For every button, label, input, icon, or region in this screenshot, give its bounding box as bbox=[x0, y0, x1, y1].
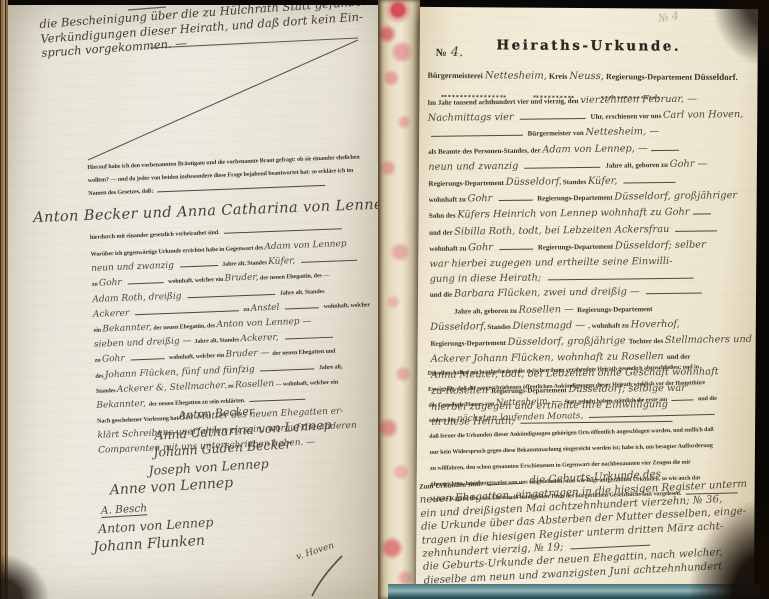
printed-text: der neuen Ehegatten und bbox=[272, 349, 335, 357]
text-line: Erwägung, daß die vorgeschriebenen öffen… bbox=[428, 373, 752, 397]
handwritten-text: Gohr bbox=[99, 278, 125, 289]
printed-text: Standes bbox=[96, 388, 117, 395]
handwritten-text: Neuss, bbox=[569, 71, 604, 82]
printed-text: und der bbox=[667, 353, 691, 361]
handwritten-text: Küfer, bbox=[268, 256, 298, 267]
text-line: in diese Heirath; bbox=[431, 410, 757, 429]
book-corner-shadow-top-right bbox=[709, 0, 769, 70]
handwritten-text: Ackerer, bbox=[240, 333, 281, 345]
printed-text: daß ferner die Urkunden dieser Ankündigu… bbox=[429, 427, 714, 440]
printed-text: Regierungs-Departement bbox=[604, 72, 694, 82]
text-line: A. Besch bbox=[100, 484, 375, 520]
text-line: überreichten, beziehungsweise von uns ei… bbox=[430, 468, 754, 492]
printed-text: Jahre alt, Standes bbox=[194, 337, 240, 345]
handwritten-text: Anton Becker und Anna Catharina von Lenn… bbox=[33, 196, 383, 226]
handwritten-text: Ackerer bbox=[93, 308, 132, 319]
fill-in-rule bbox=[128, 279, 164, 285]
printed-text: zu bbox=[95, 358, 103, 364]
printed-text: Bürgermeister von bbox=[526, 129, 586, 138]
fill-in-rule bbox=[224, 224, 342, 234]
handwritten-text: Düsseldorf; selber bbox=[615, 239, 706, 251]
printed-text: Jahre alt, Standes bbox=[278, 289, 324, 297]
handwritten-text: Nachmittags vier bbox=[428, 112, 517, 124]
handwritten-text: Carl von Hoven, bbox=[663, 109, 743, 121]
handwritten-text: Bekannter, bbox=[102, 323, 152, 335]
handwritten-text: Anton von Lennep bbox=[98, 514, 214, 536]
handwritten-text: die Geburts-Urkunde der neuen Ehegattin,… bbox=[423, 547, 723, 574]
handwritten-text: Düsseldorf bbox=[430, 321, 484, 333]
handwritten-text: in diese Heirath; bbox=[431, 416, 517, 428]
fill-in-rule bbox=[285, 303, 319, 309]
fill-in-rule bbox=[686, 489, 738, 495]
handwritten-text: Düsseldorf bbox=[506, 176, 560, 188]
printed-text: wohnhaft zu bbox=[429, 196, 468, 204]
text-line: Bürgermeisterei Nettesheim, Kreis Neuss,… bbox=[427, 65, 751, 85]
printed-text: Namen des Gesetzes, daß; bbox=[88, 188, 155, 197]
corner-page-mark: № 4 bbox=[657, 9, 680, 25]
text-line: Anne von Lennep bbox=[109, 465, 374, 500]
printed-text: Tochter des bbox=[629, 337, 665, 345]
printed-text: Erwägung, daß die vorgeschriebenen öffen… bbox=[428, 380, 705, 393]
handwritten-text: Ackerer Johann Flücken, wohnhaft zu Rose… bbox=[431, 351, 667, 365]
handwritten-text: Düsseldorf, großjährige bbox=[508, 335, 629, 347]
handwritten-text: spruch vorgekommen. — bbox=[41, 36, 187, 60]
text-line: wohnhaft zu Gohr Regierungs-Departement … bbox=[429, 187, 755, 207]
text-line: Worüber ich gegenwärtige Urkunde erricht… bbox=[90, 235, 383, 262]
handwritten-text: Gohr bbox=[468, 242, 496, 253]
printed-text: Statt gehabt haben, nämlich die erste am bbox=[565, 397, 669, 406]
handwritten-text: Johann Guden Becker bbox=[153, 436, 292, 459]
handwritten-text: Sibilla Roth, todt, bei Lebzeiten Ackers… bbox=[454, 224, 672, 238]
printed-text: wohnhaft, welcher ein bbox=[167, 277, 225, 285]
text-line: und der Sibilla Roth, todt, bei Lebzeite… bbox=[429, 220, 755, 240]
fill-in-rule bbox=[187, 289, 275, 297]
officiant-signature: v. Hoven bbox=[295, 541, 335, 563]
handwritten-text: vierzehnten Februar, — bbox=[580, 94, 697, 106]
printed-text: der neuen Ehegattin, des bbox=[152, 323, 217, 331]
fill-in-rule bbox=[570, 541, 650, 550]
text-line: zu Rosellen Regierungs-Departement Düsse… bbox=[431, 379, 757, 399]
printed-text: Uhr, erschienen vor uns bbox=[589, 112, 663, 121]
text-line: Zum Urkunden sind: die Geburts-Urkunde d… bbox=[419, 462, 755, 493]
handwritten-text: zehnhundert vierzig, № 19; bbox=[422, 541, 567, 560]
text-line: Nach geschehener Vorlesung hat die Mutte… bbox=[97, 402, 383, 429]
handwritten-text: Bekannter, bbox=[96, 399, 149, 411]
text-line: und die Barbara Flücken, zwei und dreißi… bbox=[430, 282, 756, 302]
text-line: als Beamte des Personen-Standes, der Ada… bbox=[428, 139, 754, 159]
text-line: Regierungs-Departement Düsseldorf, großj… bbox=[430, 331, 756, 351]
printed-text: als Beamte des Personen-Standes, der bbox=[428, 146, 542, 155]
handwritten-text: Nettesheim, bbox=[485, 70, 547, 81]
handwritten-text: Ackerer &, Stellmacher bbox=[117, 381, 225, 395]
handwritten-text: dieselbe am neun und zwanzigsten Juni ac… bbox=[423, 560, 722, 587]
book-corner-shadow-bottom-left bbox=[0, 553, 50, 599]
text-line: Nachmittags vier Uhr, erschienen vor uns… bbox=[428, 106, 754, 126]
handwritten-text: zu Rosellen bbox=[431, 385, 491, 397]
text-line: daß ferner die Urkunden dieser Ankündigu… bbox=[429, 420, 753, 444]
printed-text: des Gemeinde-Hauses von bbox=[428, 401, 495, 409]
text-line: Im Jahr tausend achthundert vier und vie… bbox=[427, 90, 753, 110]
handwritten-text: war hierbei zugegen und ertheilte seine … bbox=[429, 256, 672, 270]
legal-notice-paragraph: Dieselben haben mich aufgefordert die zw… bbox=[428, 357, 755, 507]
fill-in-rule bbox=[547, 274, 693, 281]
text-line bbox=[427, 84, 751, 104]
printed-text: Dieselben haben mich aufgefordert die zw… bbox=[428, 364, 699, 377]
handwritten-text: A. Besch bbox=[101, 502, 148, 518]
fill-in-rule bbox=[431, 131, 523, 137]
fill-in-rule bbox=[692, 210, 710, 215]
handwritten-text: Hoverhof, bbox=[631, 319, 680, 331]
handwritten-text: Rosellen — bbox=[518, 304, 577, 316]
handwritten-text: die Geburts-Urkunde des bbox=[526, 468, 661, 487]
text-line: neun und zwanzig Jahre alt, Standes Küfe… bbox=[91, 250, 383, 277]
fill-in-rule bbox=[525, 163, 601, 169]
printed-text: Jahre alt, geboren zu bbox=[454, 306, 519, 315]
printed-text: Regierungs-Departement bbox=[428, 179, 505, 188]
left-page-top-paragraph: die Bescheinigung über die zu Hülchrath … bbox=[39, 5, 383, 60]
printed-text: Jahre alt, geboren zu bbox=[603, 161, 669, 170]
text-line: Johann Flunken bbox=[93, 521, 378, 557]
text-line: Comparenten mit uns unterschrieben haben… bbox=[98, 431, 383, 457]
text-line: zu Gohr wohnhaft, welcher ein Bruder, de… bbox=[91, 265, 383, 292]
handwritten-text: die Mutter des neuen Ehegatten er- bbox=[180, 407, 344, 423]
printed-text: und der bbox=[429, 228, 454, 236]
printed-text-bold: Düsseldorf. bbox=[694, 72, 738, 82]
handwritten-text: Anne von Lennep bbox=[109, 475, 233, 499]
handwritten-text: Stellmachers und bbox=[665, 334, 752, 346]
handwritten-text: neun und zwanzig bbox=[91, 261, 177, 274]
text-line: hierdurch mit einander gesetzlich verhei… bbox=[90, 218, 383, 244]
text-line: ein Bekannter, der neuen Ehegattin, des … bbox=[93, 311, 383, 338]
handwritten-text: Gohr bbox=[468, 193, 496, 204]
fill-in-rule bbox=[487, 479, 523, 486]
printed-text: Regierungs-Departement bbox=[491, 386, 568, 395]
text-line: hierbei zugegen und ertheilte ihre Einwi… bbox=[431, 395, 757, 414]
text-line: wohnhaft zu Gohr Regierungs-Departement … bbox=[429, 236, 755, 256]
fill-in-rule bbox=[672, 395, 694, 401]
text-line: Anton von Lennep bbox=[98, 503, 377, 537]
handwritten-text: klärt Schreibens unerfahren zu sein, wor… bbox=[97, 421, 357, 441]
signature-block: Anton BeckerAnna Catharina von LennepJoh… bbox=[33, 394, 377, 559]
fill-in-rule bbox=[301, 256, 357, 263]
printed-text: der neuen Ehegatten zu sein erklärten. bbox=[149, 398, 247, 408]
fill-in-rule bbox=[260, 364, 314, 371]
handwritten-text: Comparenten mit uns unterschrieben haben… bbox=[98, 437, 315, 455]
printed-text: Worüber ich gegenwärtige Urkunde erricht… bbox=[91, 245, 265, 258]
text-line: des Johann Flücken, fünf und fünfzig Jah… bbox=[95, 356, 383, 383]
handwritten-text: die Bescheinigung über die zu Hülchrath … bbox=[39, 5, 383, 31]
handwritten-text: ein und dreißigsten Mai achtzehnhundert … bbox=[420, 493, 722, 520]
book-corner-shadow-bottom-right bbox=[689, 499, 769, 599]
page-stack-edge bbox=[0, 0, 8, 599]
printed-text: ein bbox=[93, 328, 102, 334]
handwritten-text: Nettesheim, — bbox=[496, 396, 565, 408]
text-line: Bürgermeister von Nettesheim, — bbox=[428, 122, 754, 142]
text-line: des Gemeinde-Hauses von Nettesheim, — St… bbox=[428, 389, 752, 413]
text-line: Ackerer zu Anstel wohnhaft, welcher bbox=[93, 295, 383, 322]
left-page-certificate-text: Hierauf habe ich den vorbenannten Bräuti… bbox=[87, 149, 383, 457]
text-line: klärt Schreibens unerfahren zu sein, wor… bbox=[97, 417, 383, 443]
handwritten-text: Anstel bbox=[251, 302, 283, 313]
text-line: gung in diese Heirath; bbox=[430, 267, 756, 286]
record-number-value: 4. bbox=[451, 45, 464, 60]
number-sign: № bbox=[436, 47, 447, 59]
handwritten-text: Dienstmagd — bbox=[512, 320, 588, 332]
dotted-rule bbox=[441, 91, 505, 97]
handwritten-text: neun und zwanzig bbox=[428, 161, 521, 173]
printed-text: andere am bbox=[429, 418, 457, 425]
handwritten-text: tragen in die hiesigen Register unterm d… bbox=[421, 520, 723, 547]
handwritten-text: Anna Catharina von Lennep bbox=[154, 416, 332, 442]
printed-text: überreichten, beziehungsweise von uns ei… bbox=[430, 475, 700, 488]
handwritten-text: Anton von Lennep — bbox=[216, 317, 311, 331]
fill-in-rule bbox=[520, 114, 586, 120]
handwritten-text: Gohr — bbox=[670, 158, 708, 169]
text-line: Dieselben haben mich aufgefordert die zw… bbox=[428, 357, 752, 381]
text-line: zu Gohr wohnhaft, welcher ein Bruder — d… bbox=[94, 341, 383, 368]
handwritten-text: Rosellen bbox=[235, 379, 274, 390]
text-line: Jahre alt, geboren zu Rosellen — Regieru… bbox=[454, 299, 756, 319]
printed-text: Kreis bbox=[547, 72, 570, 81]
fill-in-rule bbox=[180, 261, 218, 267]
printed-text: Sohn des bbox=[429, 212, 458, 220]
printed-text: wohnhaft zu bbox=[429, 244, 468, 252]
handwritten-text: Gohr bbox=[102, 354, 128, 365]
handwritten-text: Adam Roth, dreißig bbox=[92, 291, 184, 305]
text-line: die Bescheinigung über die zu Hülchrath … bbox=[39, 5, 383, 31]
text-line: Bekannter, der neuen Ehegatten zu sein e… bbox=[96, 386, 383, 413]
text-line: Ackerer Johann Flücken, wohnhaft zu Rose… bbox=[431, 347, 757, 367]
fill-in-rule bbox=[675, 226, 717, 232]
text-line: Anton Becker und Anna Catharina von Lenn… bbox=[33, 194, 383, 229]
handwritten-text: Verkündigungen dieser Heirath, und daß d… bbox=[40, 9, 363, 45]
handwritten-text: Nettesheim, — bbox=[585, 126, 659, 138]
handwritten-text: Bruder, bbox=[224, 273, 258, 284]
fill-in-rule bbox=[521, 417, 673, 424]
printed-text: , zu bbox=[225, 383, 235, 389]
dotted-rule bbox=[601, 92, 659, 98]
text-line: spruch vorgekommen. — bbox=[41, 22, 383, 61]
printed-text: des bbox=[95, 373, 105, 379]
text-line: Regierungs-Departement Düsseldorf, Stand… bbox=[428, 171, 754, 191]
certificate-body: Im Jahr tausend achthundert vier und vie… bbox=[427, 90, 757, 429]
handwritten-text: Düsseldorf; selbige war bbox=[568, 382, 686, 394]
handwritten-text: Anna Meuter, todt, bei Lebzeiten ohne Ge… bbox=[431, 367, 719, 382]
printed-text: Jahre alt, Standes bbox=[221, 260, 269, 268]
printed-text: , Standes bbox=[559, 178, 588, 186]
printed-text: wohnhaft, welcher ein bbox=[167, 353, 225, 361]
printed-text: der neuen Ehegattin, des — bbox=[258, 273, 329, 282]
fill-in-rule bbox=[624, 178, 676, 184]
fill-in-rule bbox=[651, 145, 679, 150]
handwritten-text: sieben und dreißig — bbox=[94, 336, 195, 350]
handwritten-text: Joseph von Lennep bbox=[148, 455, 269, 477]
printed-text: und die bbox=[697, 395, 717, 401]
text-line: sieben und dreißig — Jahre alt, Standes … bbox=[94, 326, 383, 353]
text-line: Johann Guden Becker bbox=[153, 430, 372, 461]
printed-text: Regierungs-Departement bbox=[536, 242, 615, 251]
text-line: Hierauf habe ich den vorbenannten Bräuti… bbox=[87, 149, 383, 173]
fill-in-rule bbox=[284, 333, 332, 340]
document-title: Heiraths-Urkunde. bbox=[420, 37, 758, 55]
printed-text: zu bbox=[92, 282, 100, 288]
printed-text: und die bbox=[430, 291, 454, 299]
handwritten-text: Düsseldorf, großjähriger bbox=[614, 190, 737, 202]
handwritten-text: gung in diese Heirath; bbox=[430, 273, 545, 285]
printed-text: Nach geschehener Vorlesung hat bbox=[97, 416, 180, 425]
handwritten-text: Johann Flücken, fünf und fünfzig bbox=[105, 364, 258, 380]
left-page: die Bescheinigung über die zu Hülchrath … bbox=[7, 5, 383, 599]
text-line: Namen des Gesetzes, daß; bbox=[88, 175, 383, 199]
dotted-rule bbox=[533, 92, 573, 98]
text-line: Düsseldorf, Standes Dienstmagd — , wohnh… bbox=[430, 315, 756, 335]
text-line: andere am nächsten laufenden Monats, bbox=[429, 404, 753, 428]
printed-text: Regierungs-Departement bbox=[430, 339, 507, 348]
printed-text: Regierungs-Departement bbox=[577, 305, 653, 314]
text-line: Joseph von Lennep bbox=[148, 448, 373, 479]
printed-text: Jahre alt, bbox=[317, 364, 342, 371]
text-line: neun und zwanzig Jahre alt, geboren zu G… bbox=[428, 155, 754, 175]
printed-text: Hierauf habe ich den vorbenannten Bräuti… bbox=[87, 155, 360, 171]
printed-text: sechste Kapitel des vom Ehestande handel… bbox=[431, 491, 683, 503]
text-line: Standes Ackerer &, Stellmacher, zu Rosel… bbox=[96, 371, 383, 398]
printed-text: , wohnhaft zu bbox=[588, 321, 631, 330]
fill-in-rule bbox=[499, 244, 533, 249]
printed-text: Bürgermeisterei bbox=[428, 71, 485, 80]
printed-text: nur kein Widerspruch gegen diese Bekannt… bbox=[430, 443, 713, 456]
handwritten-text: Adam von Lennep, — bbox=[542, 143, 648, 155]
text-line: Anna Catharina von Lennep bbox=[154, 413, 371, 444]
printed-text: hierdurch mit einander gesetzlich verhei… bbox=[90, 230, 221, 241]
handwritten-text: Adam von Lennep bbox=[264, 239, 346, 252]
handwritten-text: Barbara Flücken, zwei und dreißig — bbox=[454, 287, 643, 300]
text-line: war hierbei zugegen und ertheilte seine … bbox=[429, 252, 755, 271]
fill-in-rule bbox=[130, 355, 164, 361]
fill-in-rule bbox=[646, 289, 702, 295]
printed-text: Zum Urkunden sind: bbox=[419, 480, 484, 491]
text-line: Adam Roth, dreißig Jahre alt, Standes bbox=[92, 280, 383, 307]
fill-in-rule bbox=[135, 306, 239, 315]
municipality-header-line: Bürgermeisterei Nettesheim, Kreis Neuss,… bbox=[427, 65, 751, 104]
printed-text: wohnhaft, welcher bbox=[322, 302, 370, 310]
fill-in-rule bbox=[250, 395, 306, 402]
text-line: Anna Meuter, todt, bei Lebzeiten ohne Ge… bbox=[431, 363, 757, 382]
handwritten-text: Küfers Heinrich von Lennep wohnhaft zu G… bbox=[457, 207, 689, 221]
handwritten-text: Küfer, bbox=[588, 176, 621, 187]
fill-in-rule bbox=[589, 410, 715, 418]
photo-background: die Bescheinigung über die zu Hülchrath … bbox=[0, 0, 769, 599]
book-gutter-wax-stains bbox=[378, 0, 420, 599]
text-line: Verkündigungen dieser Heirath, und daß d… bbox=[40, 7, 383, 46]
handwritten-text: Anton Becker bbox=[178, 405, 254, 423]
printed-text: zu bbox=[242, 307, 251, 313]
text-line: Anton Becker bbox=[178, 394, 370, 424]
printed-text: , Standes bbox=[484, 323, 513, 331]
text-line: nur kein Widerspruch gegen diese Bekannt… bbox=[429, 436, 753, 460]
printed-text: zu willfahren, den schon genannten Ersch… bbox=[430, 459, 691, 471]
printed-text: wollten? — und da jeder von beiden insbe… bbox=[88, 168, 354, 184]
fill-in-rule bbox=[157, 181, 325, 192]
text-line: wollten? — und da jeder von beiden insbe… bbox=[87, 162, 383, 186]
printed-text: Im Jahr tausend achthundert vier und vie… bbox=[427, 97, 580, 107]
text-line: Sohn des Küfers Heinrich von Lennep wohn… bbox=[429, 203, 755, 223]
handwritten-text: nächsten laufenden Monats, bbox=[457, 411, 586, 424]
text-line: zu willfahren, den schon genannten Ersch… bbox=[430, 452, 754, 476]
fill-in-rule bbox=[498, 196, 532, 201]
printed-text: — wohnhaft, welcher ein bbox=[274, 379, 338, 387]
handwritten-text: Bruder — bbox=[225, 348, 272, 360]
record-number: № 4. bbox=[436, 43, 464, 61]
handwritten-text: Johann Flunken bbox=[93, 532, 206, 555]
printed-text: Regierungs-Departement bbox=[535, 194, 614, 203]
handwritten-text: hierbei zugegen und ertheilte ihre Einwi… bbox=[431, 399, 668, 413]
